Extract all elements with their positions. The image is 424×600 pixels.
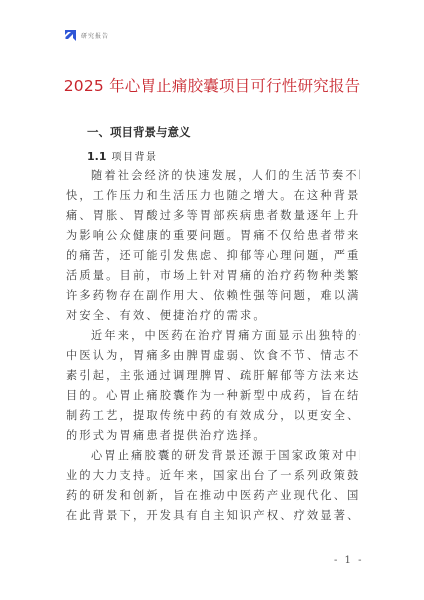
section-heading: 一、项目背景与意义 xyxy=(87,124,191,140)
body-line: 活质量。目前，市场上针对胃痛的治疗药物种类繁多，但 xyxy=(66,266,360,286)
subsection-title: 项目背景 xyxy=(112,152,158,163)
body-line: 素引起，主张通过调理脾胃、疏肝解郁等方法来达到治疗 xyxy=(66,366,360,386)
document-title: 2025 年心胃止痛胶囊项目可行性研究报告 xyxy=(0,74,424,96)
body-line: 随着社会经济的快速发展，人们的生活节奏不断加 xyxy=(91,166,360,186)
body-line: 在此背景下，开发具有自主知识产权、疗效显著、市场前 xyxy=(66,506,360,526)
body-line: 制药工艺，提取传统中药的有效成分，以更安全、更有效 xyxy=(66,406,360,426)
body-line: 心胃止痛胶囊的研发背景还源于国家政策对中医药产 xyxy=(91,446,360,466)
body-line: 业的大力支持。近年来，国家出台了一系列政策鼓励中医 xyxy=(66,466,360,486)
subsection-number: 1.1 xyxy=(87,150,107,163)
body-line: 中医认为，胃痛多由脾胃虚弱、饮食不节、情志不畅等因 xyxy=(66,346,360,366)
body-line: 快，工作压力和生活压力也随之增大。在这种背景下，胃 xyxy=(66,186,360,206)
page-header: 研究报告 xyxy=(64,29,109,42)
subsection-heading: 1.1项目背景 xyxy=(87,148,158,163)
body-line: 为影响公众健康的重要问题。胃痛不仅给患者带来身体上 xyxy=(66,226,360,246)
body-line: 痛、胃胀、胃酸过多等胃部疾病患者数量逐年上升，已成 xyxy=(66,206,360,226)
body-line: 目的。心胃止痛胶囊作为一种新型中成药，旨在结合现代 xyxy=(66,386,360,406)
arrow-up-right-logo-icon xyxy=(64,29,77,42)
body-line: 许多药物存在副作用大、依赖性强等问题，难以满足患者 xyxy=(66,286,360,306)
header-label: 研究报告 xyxy=(81,31,109,40)
body-line: 近年来，中医药在治疗胃痛方面显示出独特的优势。 xyxy=(91,326,360,346)
body-line: 药的研发和创新，旨在推动中医药产业现代化、国际化。 xyxy=(66,486,360,506)
body-line: 的痛苦，还可能引发焦虑、抑郁等心理问题，严重影响生 xyxy=(66,246,360,266)
body-line: 对安全、有效、便捷治疗的需求。 xyxy=(66,306,360,326)
page-number: - 1 - xyxy=(334,555,363,566)
body-line: 的形式为胃痛患者提供治疗选择。 xyxy=(66,426,360,446)
